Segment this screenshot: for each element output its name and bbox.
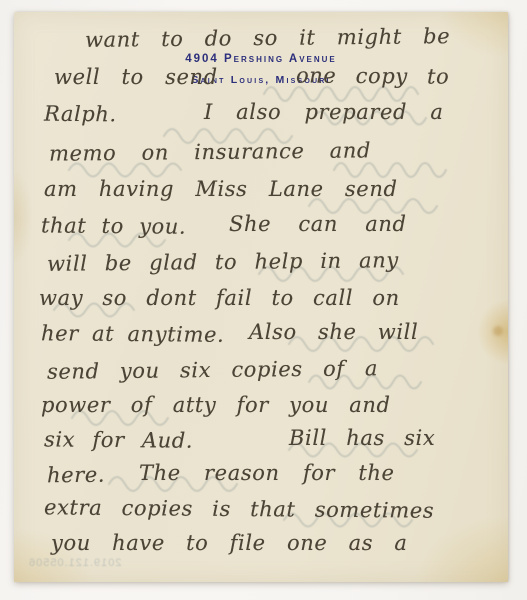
handwritten-line: six for Aud. [44,427,193,452]
handwritten-line: The reason for the [139,461,395,485]
accession-number-ghost: 2019.121.05506 [28,557,122,569]
handwritten-line: that to you. [41,213,186,238]
handwritten-line: Also she will [249,320,418,344]
handwritten-line: extra copies is that sometimes [44,495,434,522]
handwritten-line: I also prepared a [204,100,443,124]
handwritten-line: want to do so it might be [85,24,450,52]
letter-paper: 4904 Pershing Avenue Saint Louis, Missou… [14,12,508,582]
handwritten-line: here. [47,463,105,488]
handwritten-line: you have to file one as a [51,531,408,555]
scanned-letter: 4904 Pershing Avenue Saint Louis, Missou… [0,0,527,600]
handwritten-line: one copy to [296,63,450,88]
handwritten-line: memo on insurance and [49,138,371,165]
handwritten-line: Ralph. [44,102,117,127]
handwritten-line: send you six copies of a [47,356,378,383]
handwritten-line: am having Miss Lane send [44,177,398,201]
handwritten-line: well to send [54,65,218,89]
handwritten-line: power of atty for you and [41,393,391,417]
handwritten-line: She can and [229,212,407,236]
handwritten-line: her at anytime. [41,321,225,347]
handwritten-line: will be glad to help in any [47,248,399,276]
handwritten-line: Bill has six [289,426,435,450]
handwritten-line: way so dont fail to call on [39,286,400,310]
letterhead-address-line1: 4904 Pershing Avenue [14,53,508,65]
